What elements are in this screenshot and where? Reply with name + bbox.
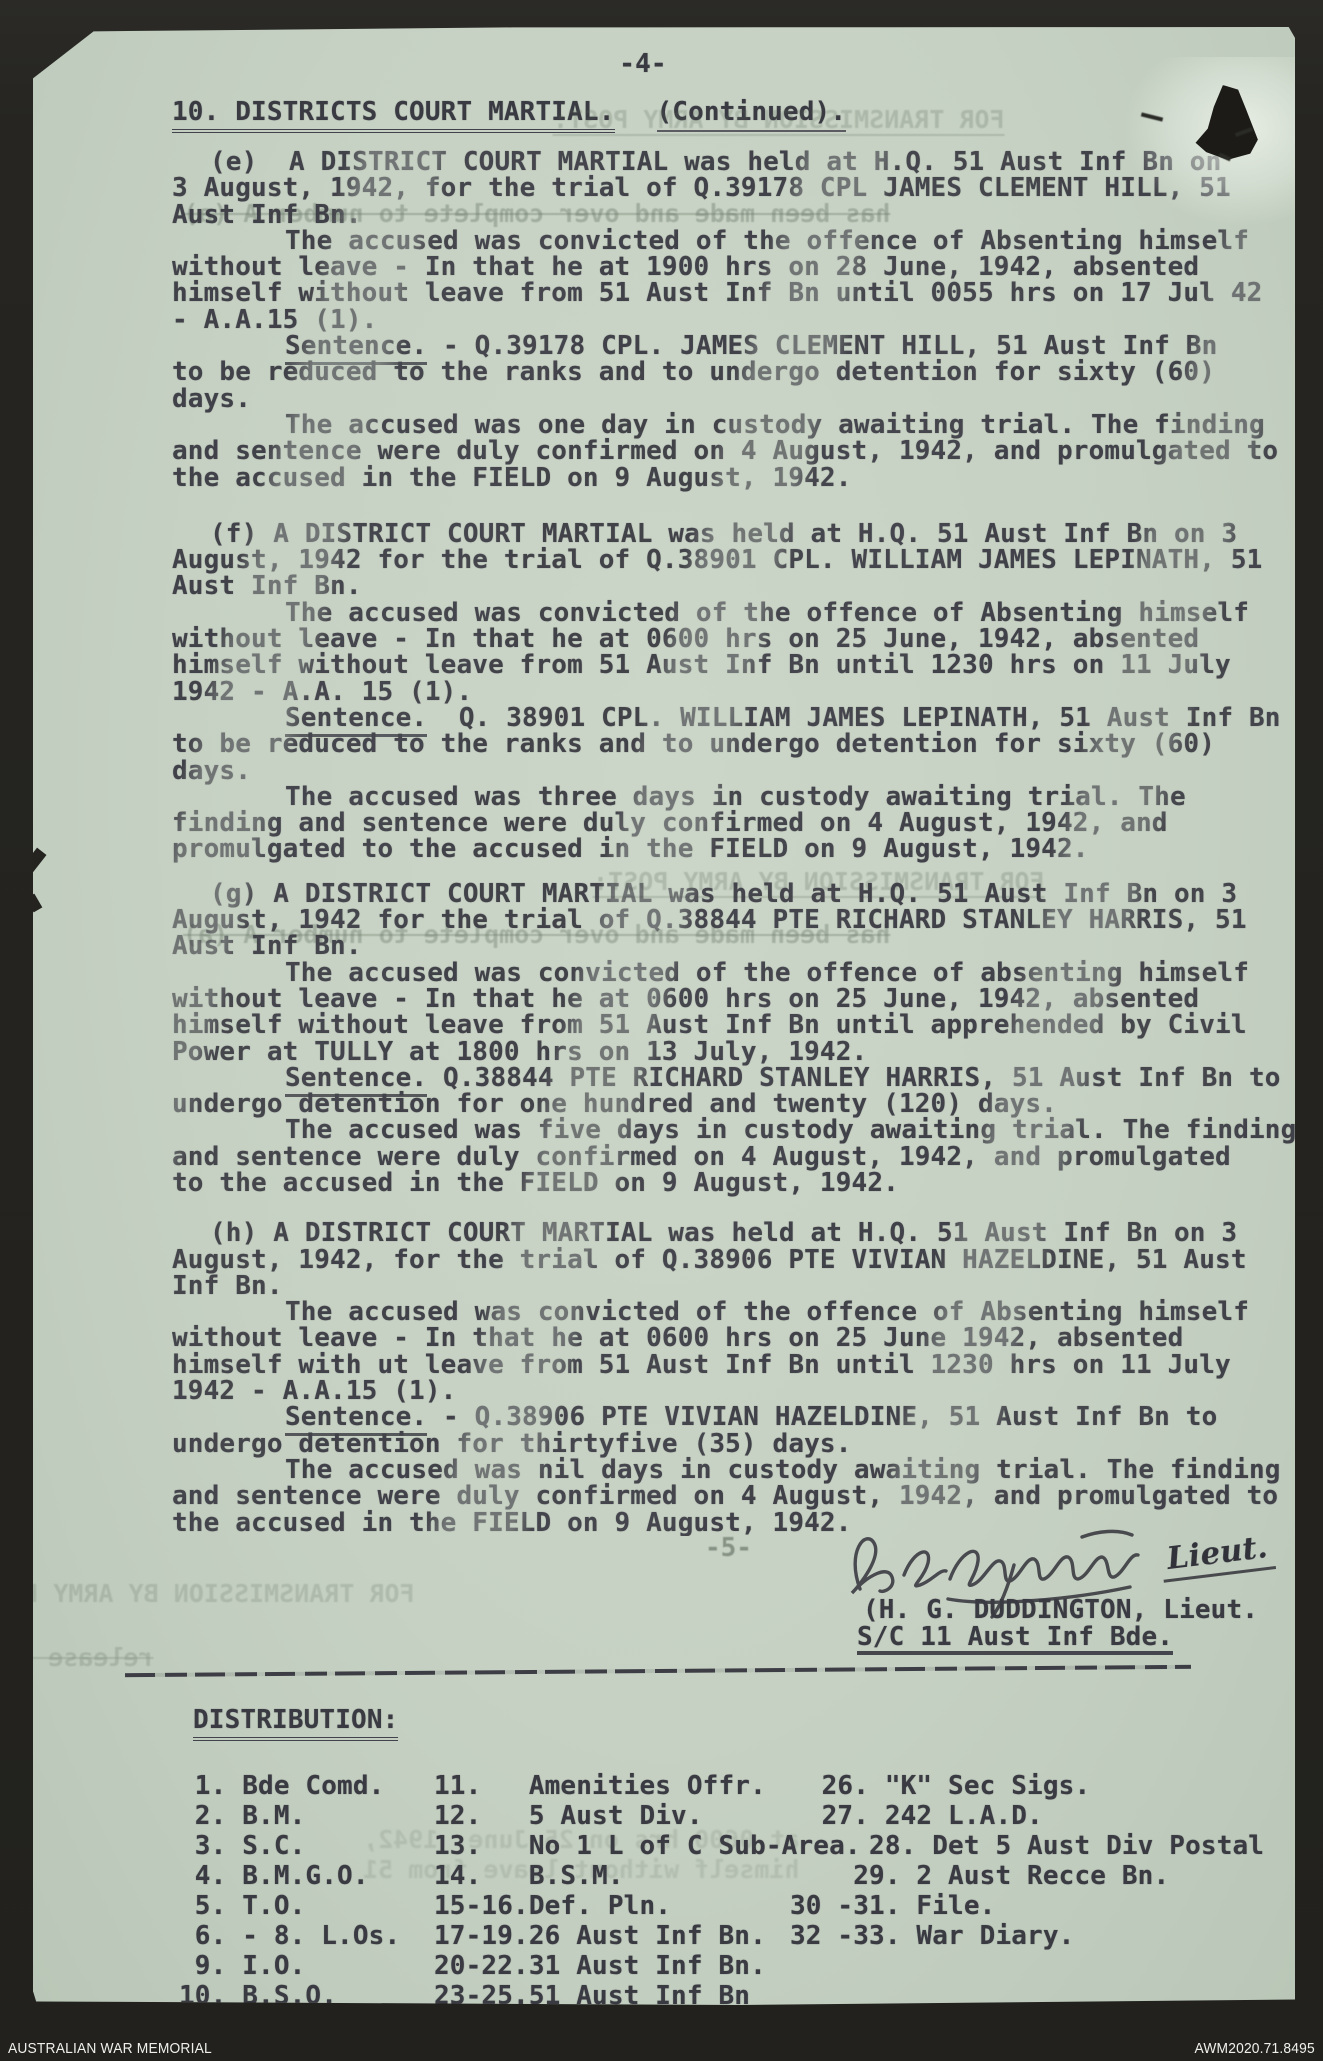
bleedthrough-text: FOR TRANSMISSION BY ARMY POST: (33, 1579, 415, 1608)
scanned-document-screenshot: { "page": { "number": "-4-", "next_page_… (0, 0, 1323, 2061)
entry-custody: The accused was three days in custody aw… (172, 784, 1295, 863)
signature-typed-unit: S/C 11 Aust Inf Bde. (857, 1624, 1173, 1655)
archive-reference-number: AWM2020.71.8495 (1195, 2040, 1315, 2057)
entry-custody: The accused was five days in custody awa… (172, 1117, 1295, 1196)
distribution-column-1: 1. Bde Comd. 2. B.M. 3. S.C. 4. B.M.G.O.… (179, 1771, 400, 2005)
distribution-heading: DISTRIBUTION: (193, 1707, 398, 1733)
court-martial-entry-h: (h) A DISTRICT COURT MARTIAL was held at… (172, 1220, 1295, 1536)
entry-conviction: The accused was convicted of the offence… (172, 600, 1295, 705)
distribution-column-3: 26. "K" Sec Sigs. 27. 242 L.A.D. 28. Det… (790, 1771, 1264, 1951)
court-martial-entry-f: (f) A DISTRICT COURT MARTIAL was held at… (172, 521, 1295, 863)
bleedthrough-text: release to (33, 1643, 154, 1672)
paper-edge-nick (33, 848, 47, 873)
entry-intro: (h) A DISTRICT COURT MARTIAL was held at… (172, 1220, 1295, 1299)
document-body: (e) A DISTRICT COURT MARTIAL was held at… (172, 149, 1295, 1536)
heading-main: 10. DISTRICTS COURT MARTIAL. (172, 97, 615, 133)
entry-custody: The accused was nil days in custody awai… (172, 1457, 1295, 1536)
entry-sentence: Sentence. Q. 38901 CPL. WILLIAM JAMES LE… (172, 705, 1295, 784)
entry-sentence: Sentence. - Q.38906 PTE VIVIAN HAZELDINE… (172, 1404, 1295, 1457)
divider-line (125, 1665, 1191, 1677)
page-number: -4- (553, 51, 733, 77)
bleedthrough-text: FOR TRANSMISSION BY ARMY POST: (553, 105, 1005, 136)
entry-intro: (f) A DISTRICT COURT MARTIAL was held at… (172, 521, 1295, 600)
archive-source-label: AUSTRALIAN WAR MEMORIAL (8, 2040, 212, 2057)
entry-conviction: The accused was convicted of the offence… (172, 960, 1295, 1065)
signature-typed-name: (H. G. DUDDINGTON, Lieut. (863, 1597, 1258, 1623)
entry-conviction: The accused was convicted of the offence… (172, 228, 1295, 333)
entry-sentence: Sentence. Q.38844 PTE RICHARD STANLEY HA… (172, 1065, 1295, 1118)
entry-conviction: The accused was convicted of the offence… (172, 1299, 1295, 1404)
entry-intro: (g) A DISTRICT COURT MARTIAL was held at… (172, 881, 1295, 960)
document-page: -4- 10. DISTRICTS COURT MARTIAL.(Continu… (33, 27, 1295, 2005)
court-martial-entry-g: (g) A DISTRICT COURT MARTIAL was held at… (172, 881, 1295, 1197)
distribution-heading-label: DISTRIBUTION: (193, 1705, 398, 1741)
entry-sentence: Sentence. - Q.39178 CPL. JAMES CLEMENT H… (172, 333, 1295, 412)
paper-edge-nick (33, 894, 42, 913)
entry-custody: The accused was one day in custody await… (172, 412, 1295, 491)
